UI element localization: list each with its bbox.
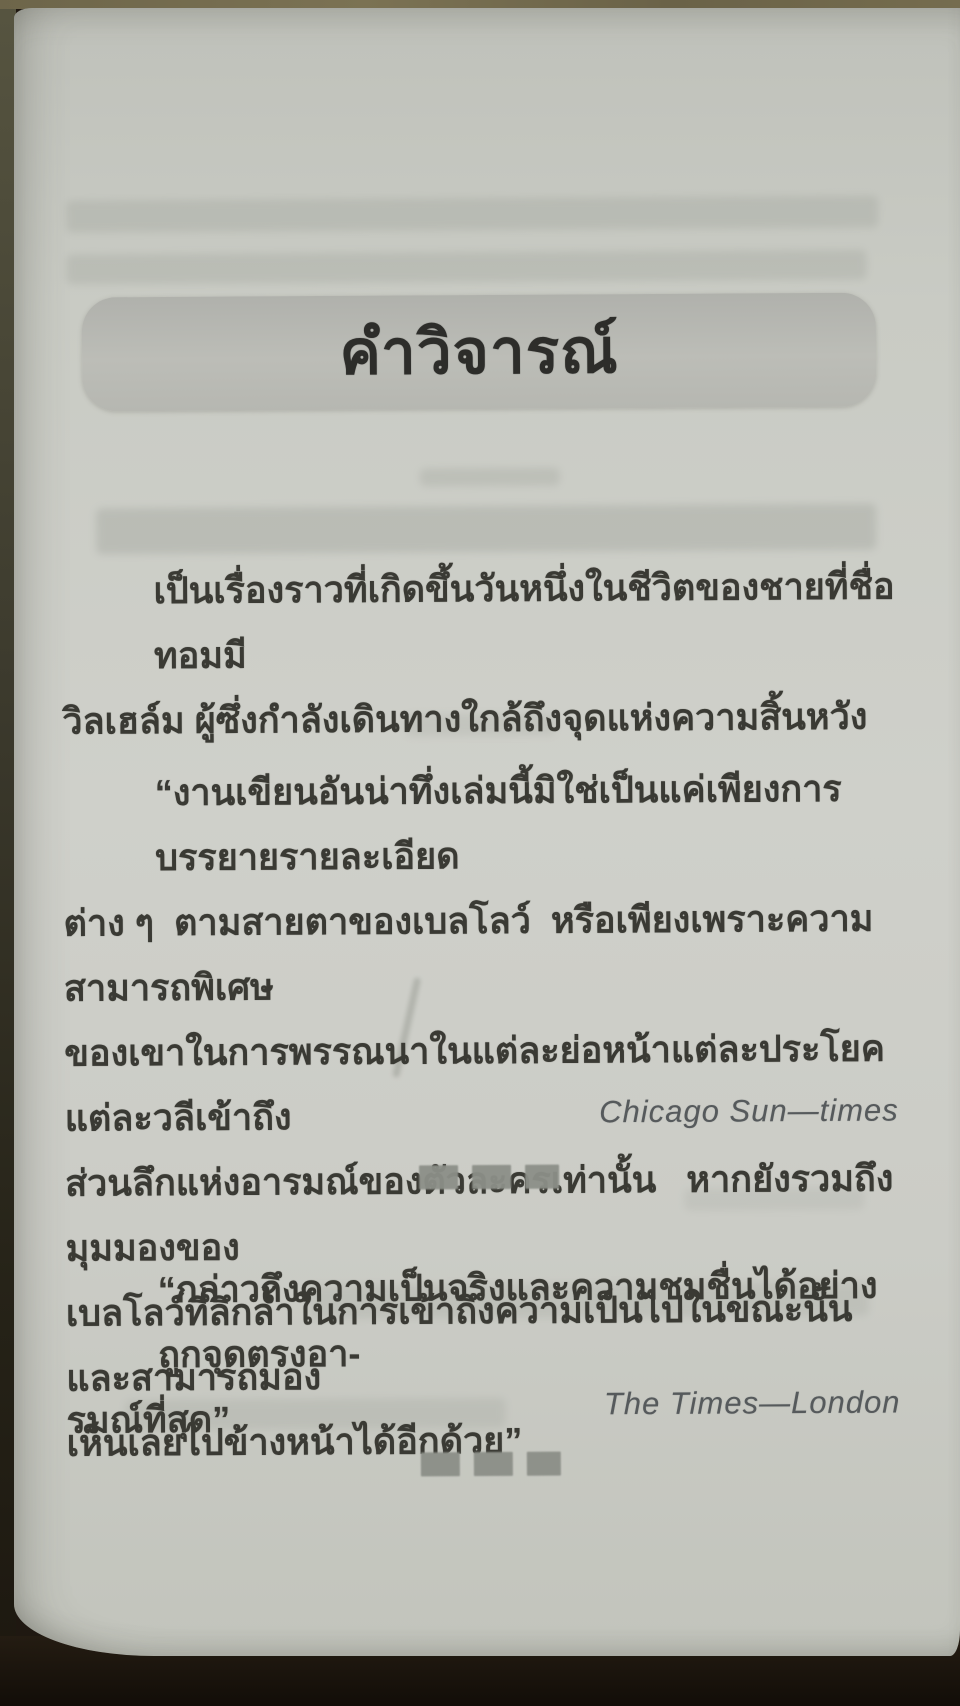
attribution-chicago-sun-times: Chicago Sun—times	[599, 1092, 899, 1130]
quote-line: ต่าง ๆ ตามสายตาของเบลโลว์ หรือเพียงเพราะ…	[63, 885, 904, 1020]
divider-block-icon	[474, 1452, 513, 1476]
show-through-text	[66, 196, 878, 233]
quote-line: “กล่าวถึงความเป็นจริงและความชมชื่นได้อย่…	[66, 1252, 907, 1387]
review-quote-2: “กล่าวถึงความเป็นจริงและความชมชื่นได้อย่…	[66, 1252, 907, 1452]
quote-line: ของเขาในการพรรณนาในแต่ละย่อหน้าแต่ละประโ…	[64, 1015, 905, 1150]
chapter-title: คำวิจารณ์	[339, 302, 619, 402]
intro-paragraph: เป็นเรื่องราวที่เกิดขึ้นวันหนึ่งในชีวิตข…	[61, 553, 902, 753]
divider-block-icon	[472, 1165, 511, 1189]
divider-block-icon	[419, 1165, 458, 1189]
show-through-title	[96, 504, 876, 555]
intro-line: วิลเฮล์ม ผู้ซึ่งกำลังเดินทางใกล้ถึงจุดแห…	[62, 683, 902, 753]
divider-block-icon	[421, 1452, 460, 1476]
quote-line: “งานเขียนอันน่าทึ่งเล่มนี้มิใช่เป็นแค่เพ…	[63, 755, 904, 890]
divider-block-icon	[527, 1452, 561, 1476]
chapter-header-band: คำวิจารณ์	[82, 293, 877, 412]
show-through-divider	[420, 468, 560, 487]
page-content: คำวิจารณ์ เป็นเรื่องราวที่เกิดขึ้นวันหนึ…	[9, 5, 960, 1659]
intro-line: เป็นเรื่องราวที่เกิดขึ้นวันหนึ่งในชีวิตข…	[61, 553, 902, 688]
book-photo: { "colors": { "paper": "#cbccc5", "ink":…	[0, 0, 960, 1706]
show-through-text	[66, 250, 866, 285]
book-page: คำวิจารณ์ เป็นเรื่องราวที่เกิดขึ้นวันหนึ…	[14, 8, 960, 1656]
divider-block-icon	[525, 1165, 559, 1189]
attribution-the-times-london: The Times—London	[604, 1384, 901, 1422]
section-divider	[18, 1449, 960, 1479]
